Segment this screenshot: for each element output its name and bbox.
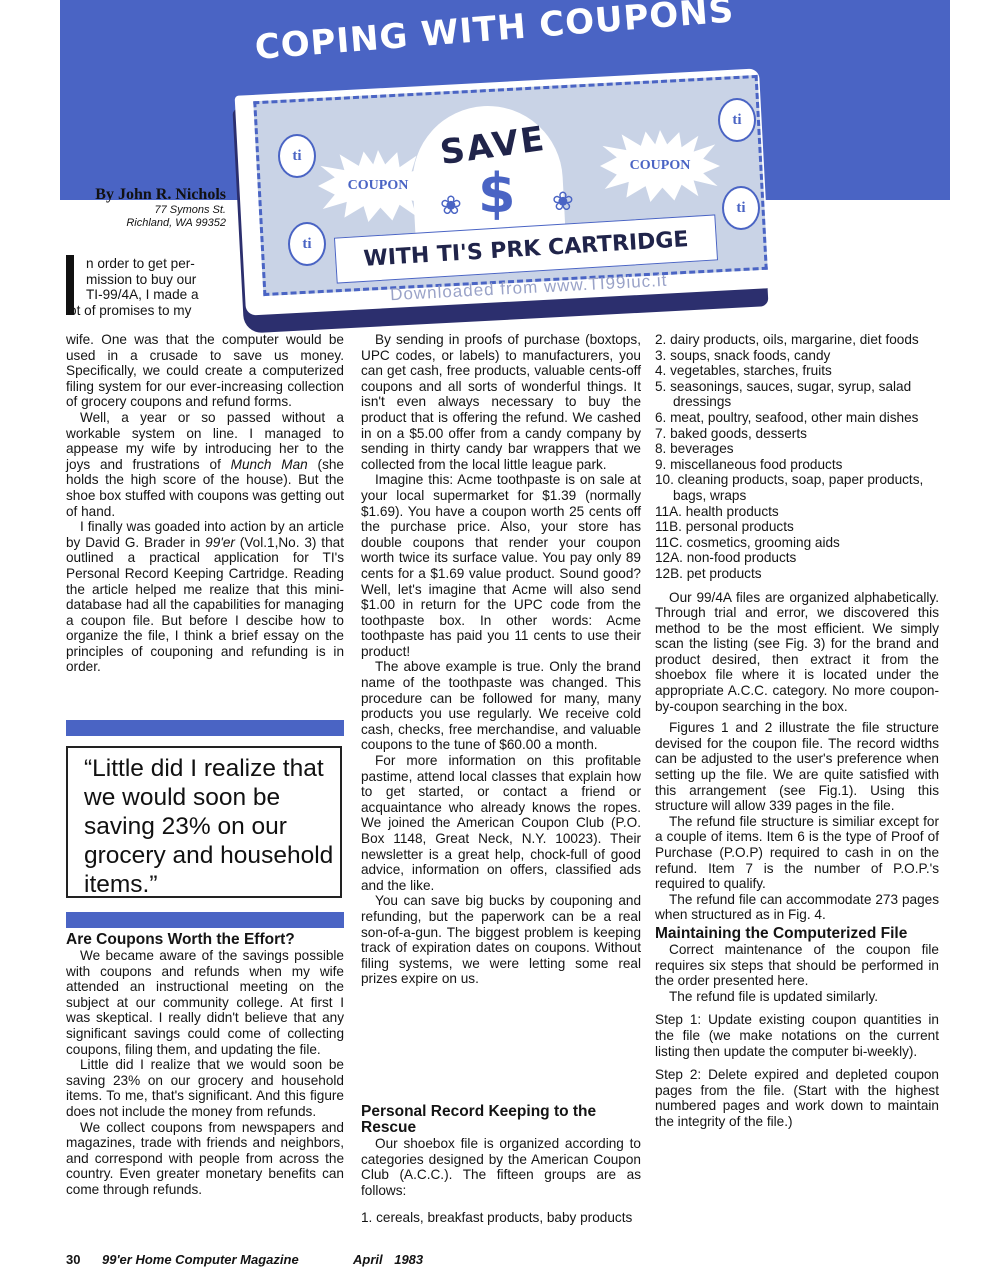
section-heading: Maintaining the Computerized File xyxy=(655,926,939,942)
column-1-lower: Are Coupons Worth the Effort? We became … xyxy=(66,932,344,1198)
list-item: 3. soups, snack foods, candy xyxy=(655,348,939,364)
list-item: 4. vegetables, starches, fruits xyxy=(655,363,939,379)
paragraph: Little did I realize that we would soon … xyxy=(66,1057,344,1119)
paragraph: The refund file can accommodate 273 page… xyxy=(655,892,939,923)
paragraph: The above example is true. Only the bran… xyxy=(361,659,641,753)
magazine-name: 99'er Home Computer Magazine xyxy=(102,1252,299,1267)
list-item: 12B. pet products xyxy=(655,566,939,582)
list-item: 11C. cosmetics, grooming aids xyxy=(655,535,939,551)
column-3: 2. dairy products, oils, margarine, diet… xyxy=(655,332,939,1130)
list-item: 11B. personal products xyxy=(655,519,939,535)
column-2-lower: Personal Record Keeping to the Rescue Ou… xyxy=(361,1104,641,1226)
section-heading: Personal Record Keeping to the Rescue xyxy=(361,1104,641,1136)
paragraph: For more information on this profitable … xyxy=(361,753,641,893)
ti-logo-icon: ti xyxy=(288,222,326,266)
list-item: 10. cleaning products, soap, paper produ… xyxy=(655,472,939,503)
paragraph: Figures 1 and 2 illustrate the file stru… xyxy=(655,720,939,814)
list-item: 6. meat, poultry, seafood, other main di… xyxy=(655,410,939,426)
author-name: By John R. Nichols xyxy=(66,186,226,204)
coupon-label: COUPON xyxy=(630,158,691,174)
step-paragraph: Step 1: Update existing coupon quantitie… xyxy=(655,1012,939,1059)
section-heading: Are Coupons Worth the Effort? xyxy=(66,932,344,948)
tagline-text: WITH TI'S PRK CARTRIDGE xyxy=(363,227,689,272)
intro-line: mission to buy our xyxy=(86,272,226,288)
magazine-title: 99'er xyxy=(205,535,235,550)
intro-line: lot of promises to my xyxy=(66,303,191,318)
issue-date: April 1983 xyxy=(353,1252,423,1267)
intro-line: TI-99/4A, I made a xyxy=(86,287,226,303)
pull-quote: “Little did I realize that we would soon… xyxy=(66,746,342,898)
ornament-icon: ❀ xyxy=(440,190,462,221)
paragraph: I finally was goaded into action by an a… xyxy=(66,519,344,675)
list-item: 5. seasonings, sauces, sugar, syrup, sal… xyxy=(655,379,939,410)
list-item: 9. miscellaneous food products xyxy=(655,457,939,473)
paragraph: By sending in proofs of purchase (boxtop… xyxy=(361,332,641,472)
paragraph: The refund file structure is similiar ex… xyxy=(655,814,939,892)
category-list: 2. dairy products, oils, margarine, diet… xyxy=(655,332,939,582)
list-item: 11A. health products xyxy=(655,504,939,520)
paragraph: You can save big bucks by couponing and … xyxy=(361,893,641,987)
paragraph: We collect coupons from newspapers and m… xyxy=(66,1120,344,1198)
ti-logo-icon: ti xyxy=(278,134,316,178)
paragraph: Well, a year or so passed without a work… xyxy=(66,410,344,519)
list-item: 2. dairy products, oils, margarine, diet… xyxy=(655,332,939,348)
column-1: wife. One was that the computer would be… xyxy=(66,332,344,675)
ti-logo-icon: ti xyxy=(718,98,756,142)
list-item: 8. beverages xyxy=(655,441,939,457)
category-list: 1. cereals, breakfast products, baby pro… xyxy=(361,1210,641,1226)
page-number: 30 xyxy=(66,1252,80,1267)
list-item: 1. cereals, breakfast products, baby pro… xyxy=(361,1210,641,1226)
author-address-street: 77 Symons St. xyxy=(66,204,226,217)
coupon-label: COUPON xyxy=(348,178,409,194)
author-address-city: Richland, WA 99352 xyxy=(66,217,226,230)
paragraph: Imagine this: Acme toothpaste is on sale… xyxy=(361,472,641,659)
paragraph: The refund file is updated similarly. xyxy=(655,989,939,1005)
list-item: 7. baked goods, desserts xyxy=(655,426,939,442)
list-item: 12A. non-food products xyxy=(655,550,939,566)
column-2: By sending in proofs of purchase (boxtop… xyxy=(361,332,641,987)
byline: By John R. Nichols 77 Symons St. Richlan… xyxy=(66,186,226,230)
ti-logo-icon: ti xyxy=(722,186,760,230)
pullquote-bar-bottom xyxy=(66,912,344,928)
paragraph: Correct maintenance of the coupon file r… xyxy=(655,942,939,989)
game-title: Munch Man xyxy=(231,457,308,472)
paragraph: Our shoebox file is organized according … xyxy=(361,1136,641,1198)
dollar-sign-icon: $ xyxy=(478,162,516,225)
ornament-icon: ❀ xyxy=(552,186,574,217)
step-paragraph: Step 2: Delete expired and depleted coup… xyxy=(655,1067,939,1129)
intro-line: n order to get per- xyxy=(86,256,226,272)
intro-lines: n order to get per- mission to buy our T… xyxy=(86,256,226,303)
paragraph: Our 99/4A files are organized alphabetic… xyxy=(655,590,939,715)
paragraph: We became aware of the savings possible … xyxy=(66,948,344,1057)
paragraph: wife. One was that the computer would be… xyxy=(66,332,344,410)
pullquote-bar-top xyxy=(66,720,344,736)
